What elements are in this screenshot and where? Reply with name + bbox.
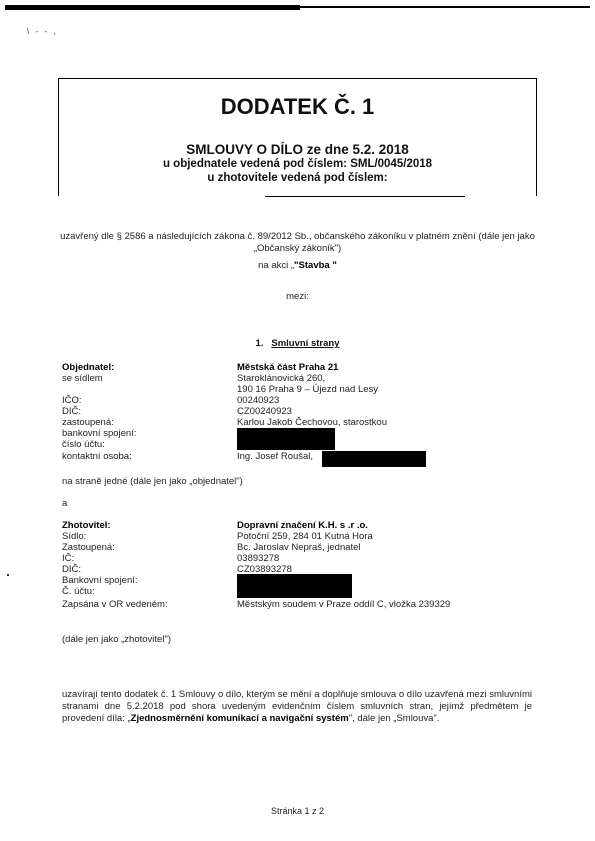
- scan-border-top: [5, 5, 300, 10]
- agreement-text-end: ", dále jen „Smlouva".: [349, 713, 440, 724]
- section-heading: 1. Smluvní strany: [0, 338, 595, 349]
- redaction-bank: [237, 428, 335, 450]
- row-text: (dále jen jako „zhotovitel"): [62, 634, 232, 646]
- agreement-subject: Zjednosměrnění komunikací a navigační sy…: [131, 713, 349, 724]
- row-text: a: [62, 498, 232, 510]
- client-reference: u objednatele vedená pod číslem: SML/004…: [0, 158, 595, 170]
- row-label: číslo účtu:: [62, 439, 232, 451]
- between-label: mezi:: [60, 291, 535, 302]
- row-value: Městským soudem v Praze oddíl C, vložka …: [237, 599, 557, 611]
- header-box-bottom: [265, 196, 465, 197]
- scan-artifact: \ - - ,: [27, 27, 57, 36]
- action-name: "Stavba ": [294, 260, 337, 271]
- action-line: na akci „"Stavba ": [60, 260, 535, 271]
- contractor-reference: u zhotovitele vedená pod číslem:: [0, 172, 595, 184]
- agreement-paragraph: uzavírají tento dodatek č. 1 Smlouvy o d…: [62, 689, 532, 725]
- row-label: se sídlem: [62, 373, 232, 385]
- page-number: Stránka 1 z 2: [0, 806, 595, 816]
- row-label: kontaktní osoba:: [62, 451, 232, 463]
- scan-border-top-thin: [300, 6, 590, 8]
- row-label: Č. účtu:: [62, 586, 232, 598]
- row-label: Zapsána v OR vedeném:: [62, 599, 232, 611]
- section-title: Smluvní strany: [271, 338, 339, 349]
- section-number: 1.: [256, 338, 264, 349]
- document-title: DODATEK Č. 1: [0, 94, 595, 120]
- action-prefix: na akci „: [258, 260, 294, 271]
- redaction-contractor-bank: [237, 574, 352, 598]
- legal-basis: uzavřený dle § 2586 a následujících záko…: [60, 231, 535, 255]
- document-subtitle: SMLOUVY O DÍLO ze dne 5.2. 2018: [0, 142, 595, 157]
- scan-artifact-dot: [7, 574, 9, 576]
- redaction-contact: [322, 451, 426, 467]
- row-text: na straně jedné (dále jen jako „objednat…: [62, 476, 232, 488]
